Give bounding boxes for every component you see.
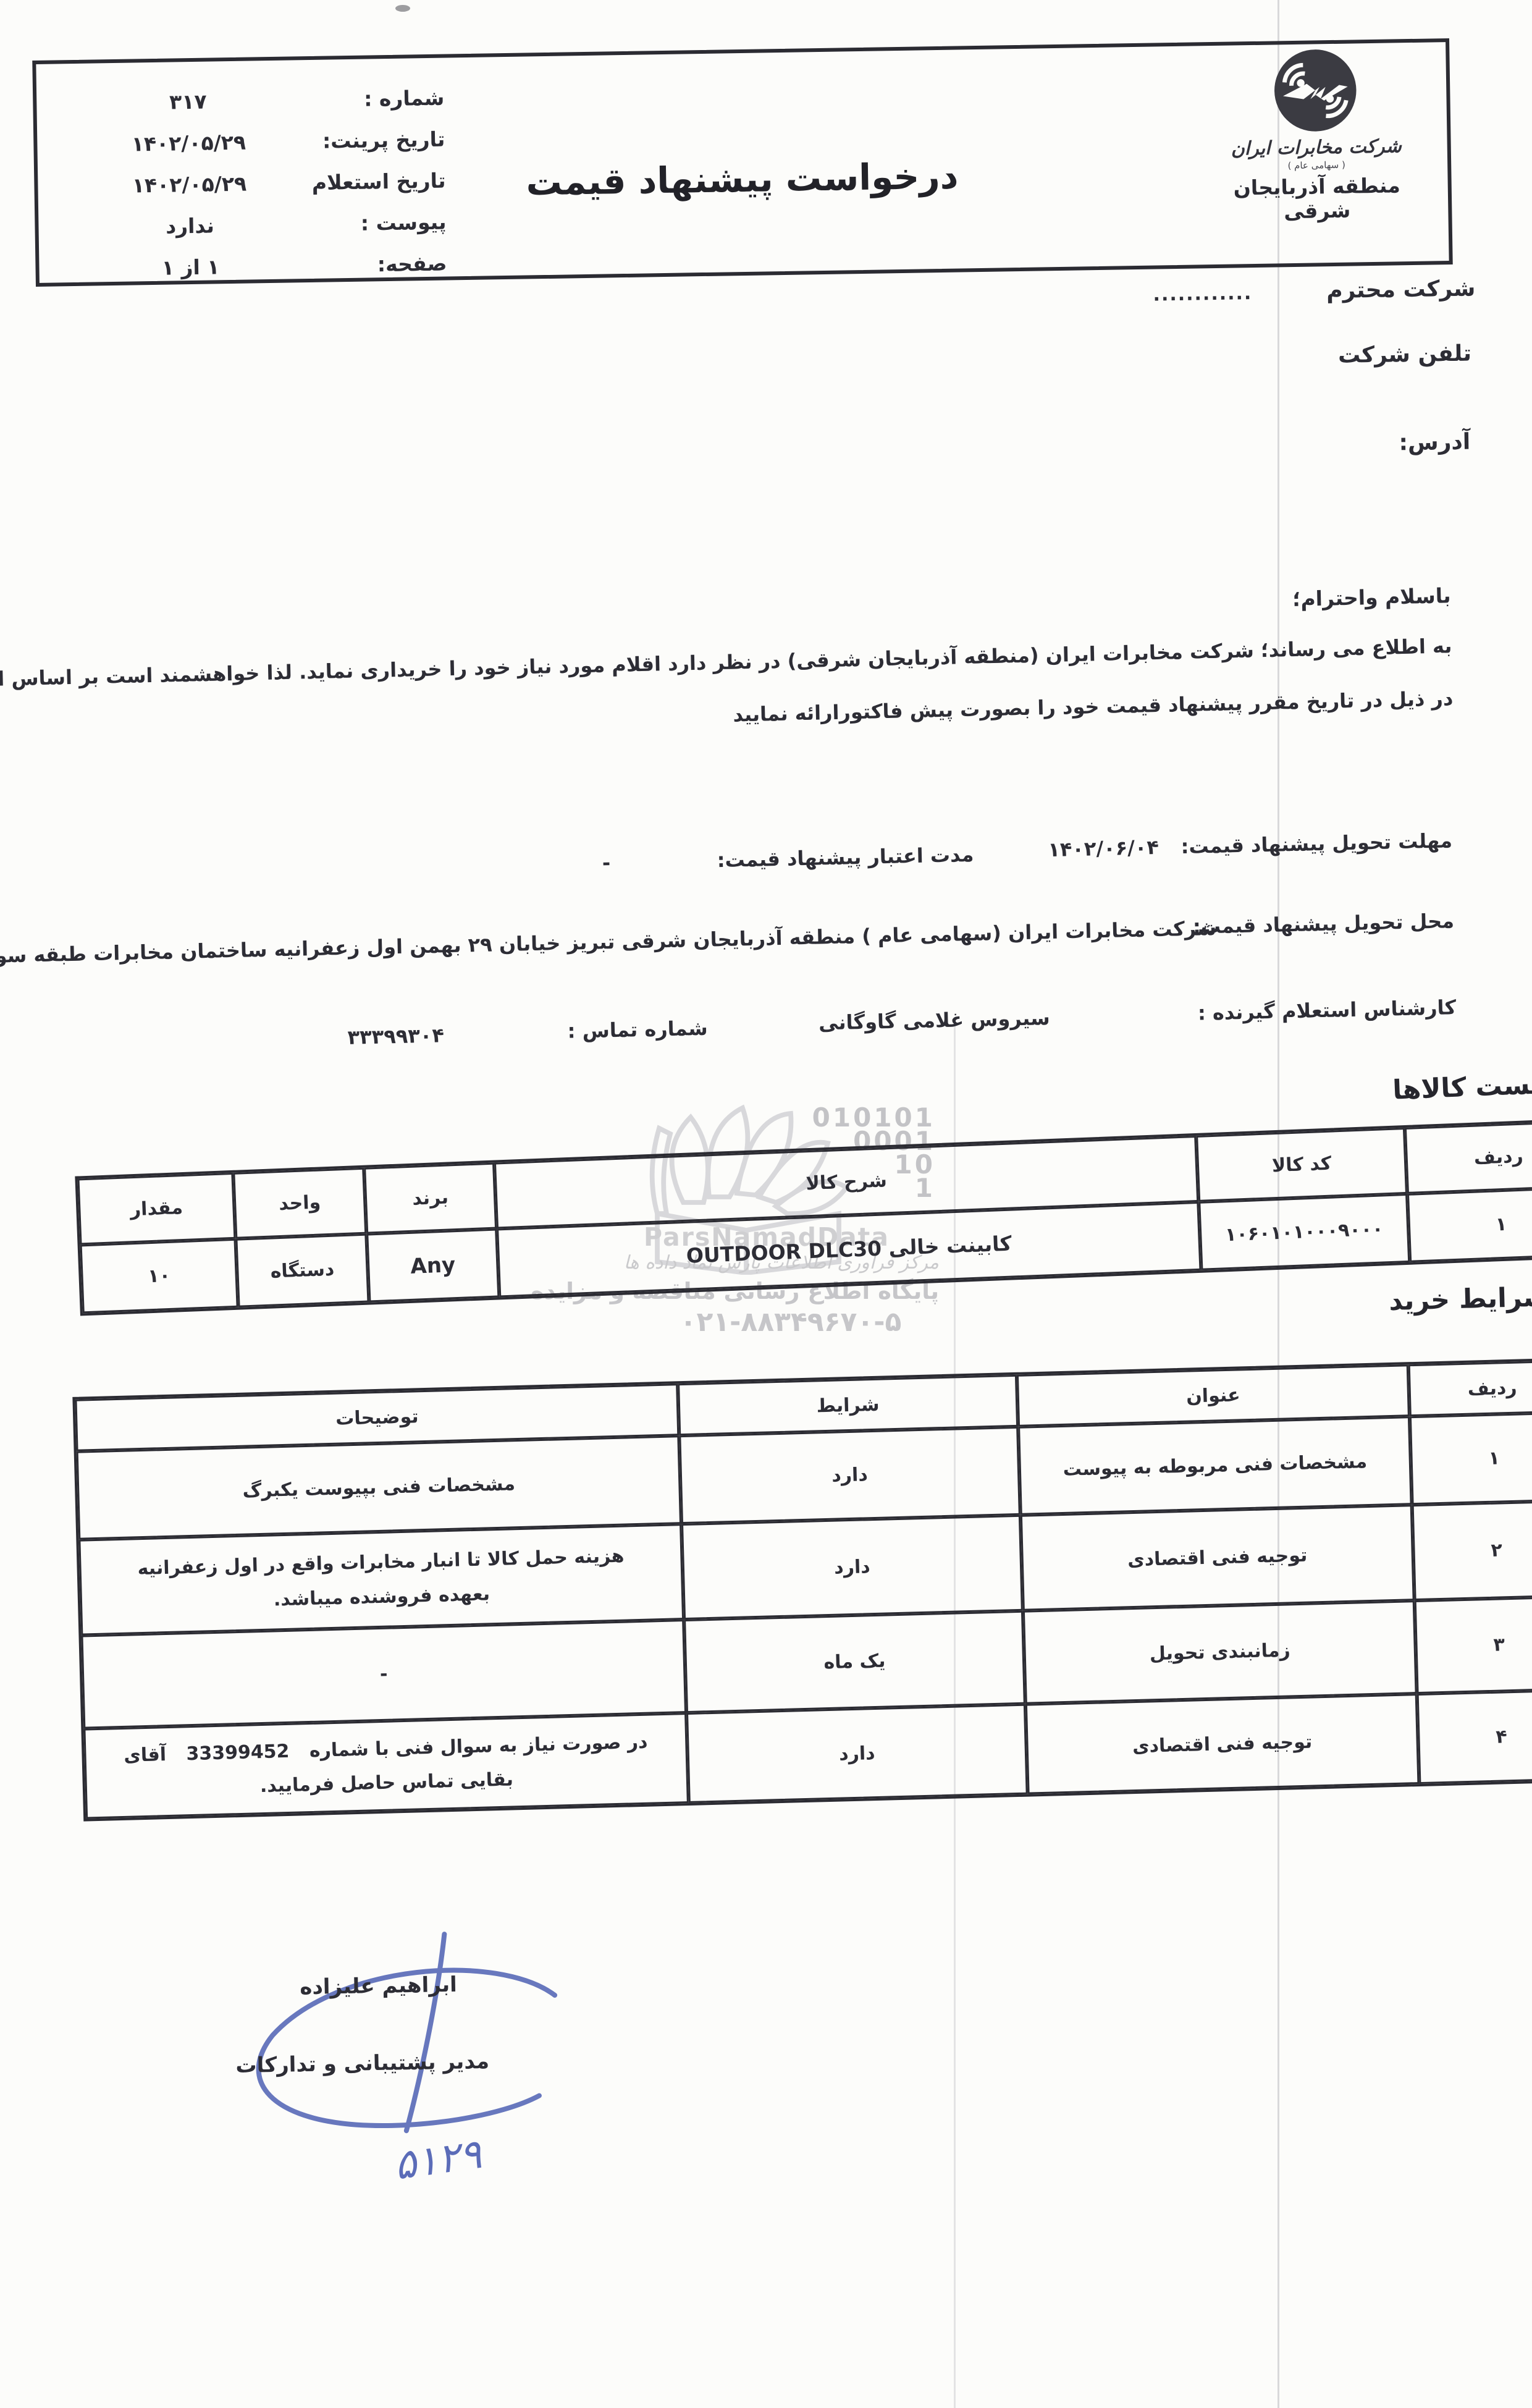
logo-company-name: شرکت مخابرات ایران [1211,135,1421,160]
terms-row-description: مشخصات فنی بپیوست یکبرگ [77,1435,681,1539]
goods-section-title: لیست کالاها [1392,1069,1532,1106]
field-value: ۳۱۷ [74,88,303,116]
addressee-dots: ............ [1153,282,1252,306]
addressee-phone-line: تلفن شرکت [1338,341,1472,368]
goods-header-code: کد کالا [1196,1128,1407,1202]
terms-row-index: ۴ [1417,1689,1532,1784]
field-row-attachment: پیوست : ندارد [75,207,447,242]
deadline-label: مهلت تحویل پیشنهاد قیمت: [1181,829,1452,858]
body-line-1: به اطلاع می رساند؛ شرکت مخابرات ایران (م… [0,634,1452,695]
logo-company-subtitle: ( سهامی عام ) [1211,158,1421,172]
terms-row-index: ۱ [1410,1412,1532,1505]
field-row-print-date: تاریخ پرینت: ۱۴۰۲/۰۵/۲۹ [74,124,445,159]
terms-description-pre: در صورت نیاز به سوال فنی با شماره [309,1731,647,1761]
terms-row-title: توجیه فنی اقتصادی [1025,1694,1420,1794]
body-text: باسلام واحترام؛ به اطلاع می رساند؛ شرکت … [43,574,1452,606]
validity-label: مدت اعتبار پیشنهاد قیمت: [717,843,974,872]
page-title: درخواست پیشنهاد قیمت [526,155,959,204]
field-value: ۱۴۰۲/۰۵/۲۹ [74,129,303,157]
terms-row-description: - [81,1620,686,1728]
tci-logo-icon [1272,47,1358,133]
field-label: تاریخ استعلام [303,168,446,195]
meta-fields: مهلت تحویل پیشنهاد قیمت: ۱۴۰۲/۰۶/۰۴ مدت … [44,812,1458,1104]
field-label: تاریخ پرینت: [303,127,445,153]
logo-region-name: منطقه آذربایجان شرقی [1211,173,1422,224]
validity-value: - [587,851,625,875]
terms-row-description: هزینه حمل کالا تا انبار مخابرات واقع در … [78,1524,684,1635]
delivery-place-value: شرکت مخابرات ایران (سهامی عام ) منطقه آذ… [0,916,1217,969]
company-logo-block: شرکت مخابرات ایران ( سهامی عام ) منطقه آ… [1210,46,1422,224]
field-row-page: صفحه: ۱ از ۱ [76,248,447,284]
terms-description-text: در صورت نیاز به سوال فنی با شماره 333994… [122,1725,650,1807]
deadline-value: ۱۴۰۲/۰۶/۰۴ [1001,834,1206,862]
terms-section: شرایط خرید ردیف عنوان شرایط توضیحات ۱ مش… [72,1253,1532,1836]
terms-header-condition: شرایط [678,1375,1018,1435]
terms-table: ردیف عنوان شرایط توضیحات ۱ مشخصات فنی مر… [72,1358,1532,1822]
terms-row-condition: یک ماه [684,1611,1025,1713]
addressee-company-label: شرکت محترم [1326,276,1476,303]
terms-row-title: توجیه فنی اقتصادی [1021,1505,1415,1611]
goods-header-quantity: مقدار [77,1173,235,1245]
header-box: شماره : ۳۱۷ تاریخ پرینت: ۱۴۰۲/۰۵/۲۹ تاری… [32,38,1452,287]
field-row-inquiry-date: تاریخ استعلام ۱۴۰۲/۰۵/۲۹ [75,166,446,201]
addressee-block: شرکت محترم ............ تلفن شرکت آدرس: [1191,276,1475,280]
signature-block: ابراهیم علیزاده مدیر پشتیبانی و تدارکات … [232,1916,596,2212]
field-label: شماره : [302,85,445,112]
delivery-place-label: محل تحویل پیشنهاد قیمت: [1193,909,1455,939]
terms-description-phone-number: 33399452 [172,1740,303,1765]
terms-header-radif: ردیف [1408,1360,1532,1416]
terms-section-title: شرایط خرید [1389,1282,1532,1317]
expert-value: سیروس غلامی گاوگانی [773,1005,1095,1036]
field-value: ۱ از ۱ [76,253,305,281]
terms-row-description: در صورت نیاز به سوال فنی با شماره 333994… [83,1713,688,1819]
contact-number-label: شماره تماس : [567,1016,708,1043]
terms-row-condition: دارد [686,1704,1028,1803]
field-label: پیوست : [304,209,447,236]
terms-row-title: مشخصات فنی مربوطه به پیوست [1018,1416,1412,1515]
body-line-2: در ذیل در تاریخ مقرر پیشنهاد قیمت خود را… [733,686,1454,726]
scanned-document-page: 010101 0001 10 1 ParsNamadData مرکز فرآو… [0,0,1532,2408]
field-value: ۱۴۰۲/۰۵/۲۹ [75,171,304,198]
signatory-role: مدیر پشتیبانی و تدارکات [235,2049,489,2078]
field-label: صفحه: [305,251,447,277]
expert-label: کارشناس استعلام گیرنده : [1198,995,1457,1024]
terms-description-text: هزینه حمل کالا تا انبار مخابرات واقع در … [117,1539,646,1621]
signatory-name: ابراهیم علیزاده [300,1972,457,2000]
terms-row-condition: دارد [679,1427,1021,1524]
goods-header-radif: ردیف [1405,1120,1532,1193]
contact-number-value: ۳۳۳۹۹۳۰۴ [284,1022,507,1050]
addressee-company-line: شرکت محترم ............ [1153,276,1475,306]
field-row-number: شماره : ۳۱۷ [74,83,445,118]
goods-header-unit: واحد [233,1168,366,1239]
field-value: ندارد [75,212,305,240]
terms-row-condition: دارد [681,1515,1023,1620]
addressee-address-line: آدرس: [1399,429,1470,456]
terms-row-title: زمانبندی تحویل [1023,1600,1417,1704]
terms-row-index: ۳ [1415,1596,1532,1694]
goods-header-brand: برند [364,1163,497,1234]
scan-speck [395,5,410,12]
salutation: باسلام واحترام؛ [1292,583,1451,611]
goods-cell-index: ۱ [1407,1186,1532,1262]
terms-row-index: ۲ [1412,1500,1532,1600]
